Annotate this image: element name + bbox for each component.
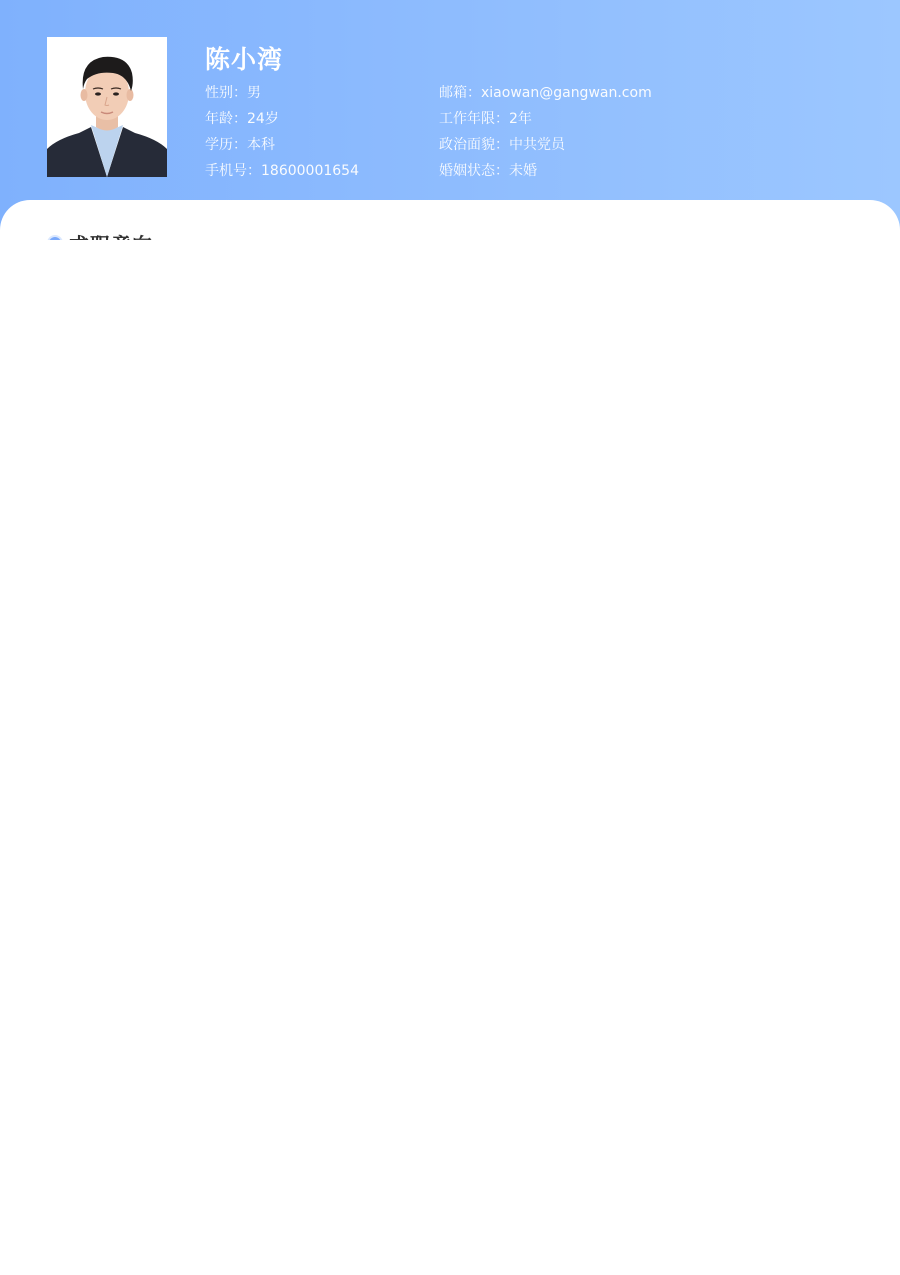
- person-portrait-icon: [47, 37, 167, 177]
- info-work-years: 工作年限：2年: [439, 109, 652, 135]
- profile-photo: [47, 37, 167, 177]
- basic-info-left: 性别：男 年龄：24岁 学历：本科 手机号：18600001654: [205, 83, 359, 187]
- info-phone: 手机号：18600001654: [205, 161, 359, 187]
- info-education: 学历：本科: [205, 135, 359, 161]
- info-gender: 性别：男: [205, 83, 359, 109]
- info-political-status: 政治面貌：中共党员: [439, 135, 652, 161]
- resume-body: 求职意向 工作性质：全职 应聘职位：数据治理 期望工作地址：北京 期望薪资：80…: [0, 200, 900, 240]
- section-title-job-intent: 求职意向: [49, 228, 851, 240]
- info-marital-status: 婚姻状态：未婚: [439, 161, 652, 187]
- info-age: 年龄：24岁: [205, 109, 359, 135]
- info-email: 邮箱：xiaowan@gangwan.com: [439, 83, 652, 109]
- basic-info-right: 邮箱：xiaowan@gangwan.com 工作年限：2年 政治面貌：中共党员…: [439, 83, 652, 187]
- bullet-dot-icon: [49, 237, 61, 240]
- candidate-name: 陈小湾: [205, 40, 283, 76]
